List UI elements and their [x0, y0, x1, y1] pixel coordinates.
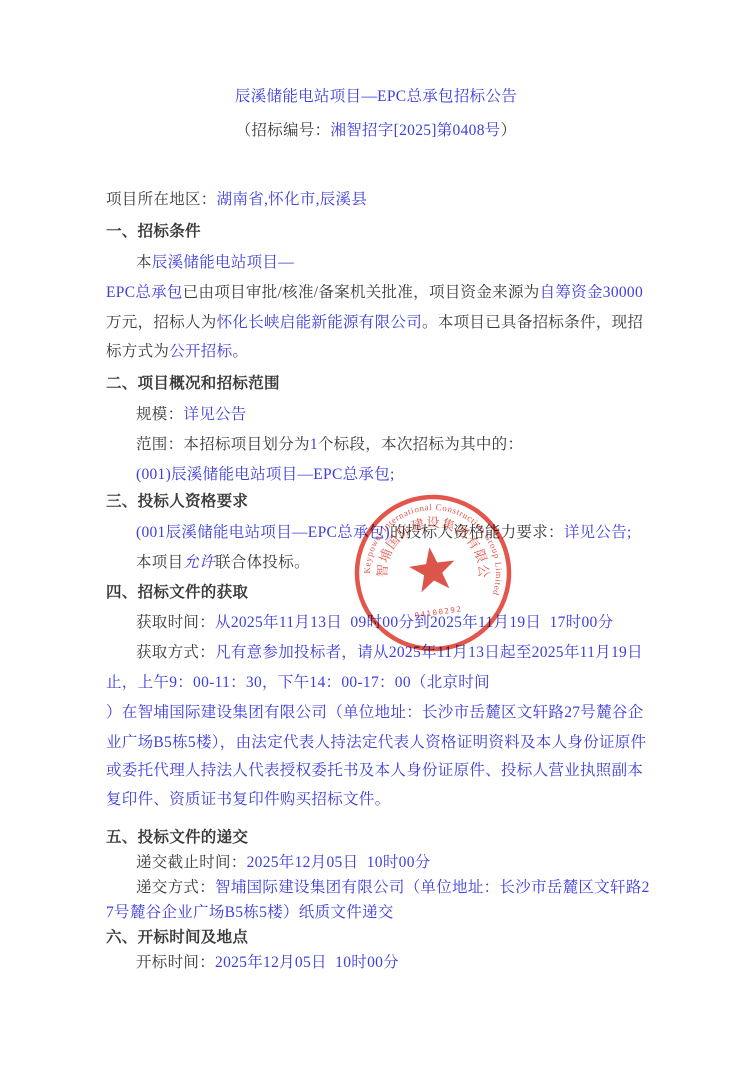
text-segment: 递交方式：: [136, 879, 215, 896]
text-segment: 规模：: [136, 406, 183, 423]
text-segment: 1: [310, 436, 318, 453]
text-segment: 复印件、资质证书复印件购买招标文件。: [106, 791, 390, 808]
text-segment: 一、招标条件: [106, 223, 201, 240]
lot-line: (001)辰溪储能电站项目—EPC总承包;: [136, 464, 395, 486]
text-segment: 2025年12月05日 10时00分: [215, 954, 399, 971]
text-segment: 获取时间：: [136, 614, 215, 631]
section-2-heading: 二、项目概况和招标范围: [106, 373, 280, 395]
text-segment: ）: [501, 122, 517, 139]
seal-star-icon: [407, 544, 458, 593]
text-segment: 。: [232, 343, 248, 360]
text-segment: 六、开标时间及地点: [106, 929, 248, 946]
section-4-heading: 四、招标文件的获取: [106, 582, 248, 604]
text-segment: 本: [136, 254, 152, 271]
text-segment: 个标段，本次招标为其中的：: [318, 436, 523, 453]
text-segment: 详见公告;: [564, 524, 632, 541]
text-segment: 范围：本招标项目划分为: [136, 436, 310, 453]
text-segment: 五、投标文件的递交: [106, 829, 248, 846]
text-segment: 公开招标: [169, 343, 232, 360]
consortium-line: 本项目允许联合体投标。: [136, 552, 310, 574]
text-segment: 三、投标人资格要求: [106, 493, 248, 510]
text-segment: (001辰溪储能电站项目—EPC总承包): [136, 524, 390, 541]
text-segment: 二、项目概况和招标范围: [106, 375, 280, 392]
text-segment: 辰溪储能电站项目—EPC总承包招标公告: [235, 88, 517, 105]
obtain-method-line: 获取方式：凡有意参加投标者，请从2025年11月13日起至2025年11月19日: [136, 642, 643, 664]
text-segment: 。本项目已具备招标条件，现招: [422, 314, 643, 331]
text-segment: 的投标人资格能力要求：: [390, 524, 564, 541]
obtain-method-line: ）在智埔国际建设集团有限公司（单位地址：长沙市岳麓区文轩路27号麓谷企: [106, 702, 644, 724]
text-segment: (001)辰溪储能电站项目—EPC总承包;: [136, 466, 395, 483]
text-segment: 已由项目审批/核准/备案机关批准，项目资金来源为: [183, 284, 540, 301]
obtain-time-line: 获取时间：从2025年11月13日 09时00分到2025年11月19日 17时…: [136, 612, 613, 634]
text-segment: 辰溪储能电站项目—: [152, 254, 294, 271]
text-segment: 自筹资金30000: [540, 284, 643, 301]
project-location-line: 项目所在地区：湖南省,怀化市,辰溪县: [106, 189, 367, 211]
text-segment: 业广场B5栋5楼），由法定代表人持法定代表人资格证明资料及本人身份证原件: [106, 734, 646, 751]
section-3-heading: 三、投标人资格要求: [106, 491, 248, 513]
section-5-heading: 五、投标文件的递交: [106, 827, 248, 849]
seal-ring-text: Keypower International Construction Grou…: [353, 493, 508, 616]
text-segment: 从2025年11月13日 09时00分到2025年11月19日 17时00分: [215, 614, 613, 631]
obtain-method-line: 或委托代理人持法人代表授权委托书及本人身份证原件、投标人营业执照副本: [106, 760, 643, 782]
text-segment: EPC总承包: [106, 284, 183, 301]
text-segment: 递交截止时间：: [136, 854, 247, 871]
section-6-heading: 六、开标时间及地点: [106, 927, 248, 949]
text-segment: 止，上午9：00-11：30，下午14：00-17：00（北京时间: [106, 674, 490, 691]
section-1-line: EPC总承包已由项目审批/核准/备案机关批准，项目资金来源为自筹资金30000: [106, 282, 643, 304]
text-segment: 允许: [183, 554, 215, 571]
obtain-method-line: 业广场B5栋5楼），由法定代表人持法定代表人资格证明资料及本人身份证原件: [106, 732, 646, 754]
text-segment: 或委托代理人持法人代表授权委托书及本人身份证原件、投标人营业执照副本: [106, 762, 643, 779]
text-segment: （招标编号：: [236, 122, 331, 139]
text-segment: 获取方式：: [136, 644, 215, 661]
obtain-method-line: 止，上午9：00-11：30，下午14：00-17：00（北京时间: [106, 672, 490, 694]
text-segment: ）在智埔国际建设集团有限公司（单位地址：长沙市岳麓区文轩路27号麓谷企: [106, 704, 644, 721]
text-segment: 详见公告: [183, 406, 246, 423]
text-segment: 湘智招字[2025]第0408号: [330, 122, 500, 139]
text-segment: 四、招标文件的获取: [106, 584, 248, 601]
section-1-line: 标方式为公开招标。: [106, 341, 248, 363]
text-segment: 怀化长峡启能新能源有限公司: [217, 314, 422, 331]
scale-line: 规模：详见公告: [136, 404, 247, 426]
section-1-line: 本辰溪储能电站项目—: [136, 252, 294, 274]
text-segment: 本项目: [136, 554, 183, 571]
qualification-line: (001辰溪储能电站项目—EPC总承包)的投标人资格能力要求：详见公告;: [136, 522, 632, 544]
submit-method-line: 递交方式：智埔国际建设集团有限公司（单位地址：长沙市岳麓区文轩路2: [136, 877, 650, 899]
doc-bid-number: （招标编号：湘智招字[2025]第0408号）: [0, 120, 752, 142]
obtain-method-line: 复印件、资质证书复印件购买招标文件。: [106, 789, 390, 811]
scope-line: 范围：本招标项目划分为1个标段，本次招标为其中的：: [136, 434, 523, 456]
text-segment: 项目所在地区：: [106, 191, 217, 208]
text-segment: 标方式为: [106, 343, 169, 360]
text-segment: 联合体投标。: [215, 554, 310, 571]
section-1-line: 万元，招标人为怀化长峡启能新能源有限公司。本项目已具备招标条件，现招: [106, 312, 643, 334]
company-seal: Keypower International Construction Grou…: [337, 477, 529, 669]
bid-announcement-document: 辰溪储能电站项目—EPC总承包招标公告（招标编号：湘智招字[2025]第0408…: [0, 0, 752, 1070]
section-1-heading: 一、招标条件: [106, 221, 201, 243]
text-segment: 开标时间：: [136, 954, 215, 971]
submit-method-line: 7号麓谷企业广场B5栋5楼）纸质文件递交: [106, 902, 394, 924]
text-segment: 智埔国际建设集团有限公司（单位地址：长沙市岳麓区文轩路2: [215, 879, 650, 896]
text-segment: 2025年12月05日 10时00分: [247, 854, 431, 871]
text-segment: 凡有意参加投标者，请从2025年11月13日起至2025年11月19日: [215, 644, 643, 661]
deadline-line: 递交截止时间：2025年12月05日 10时00分: [136, 852, 431, 874]
open-time-line: 开标时间：2025年12月05日 10时00分: [136, 952, 399, 974]
text-segment: 7号麓谷企业广场B5栋5楼）纸质文件递交: [106, 904, 394, 921]
text-segment: 万元，招标人为: [106, 314, 217, 331]
text-segment: 湖南省,怀化市,辰溪县: [217, 191, 368, 208]
doc-title: 辰溪储能电站项目—EPC总承包招标公告: [0, 86, 752, 108]
